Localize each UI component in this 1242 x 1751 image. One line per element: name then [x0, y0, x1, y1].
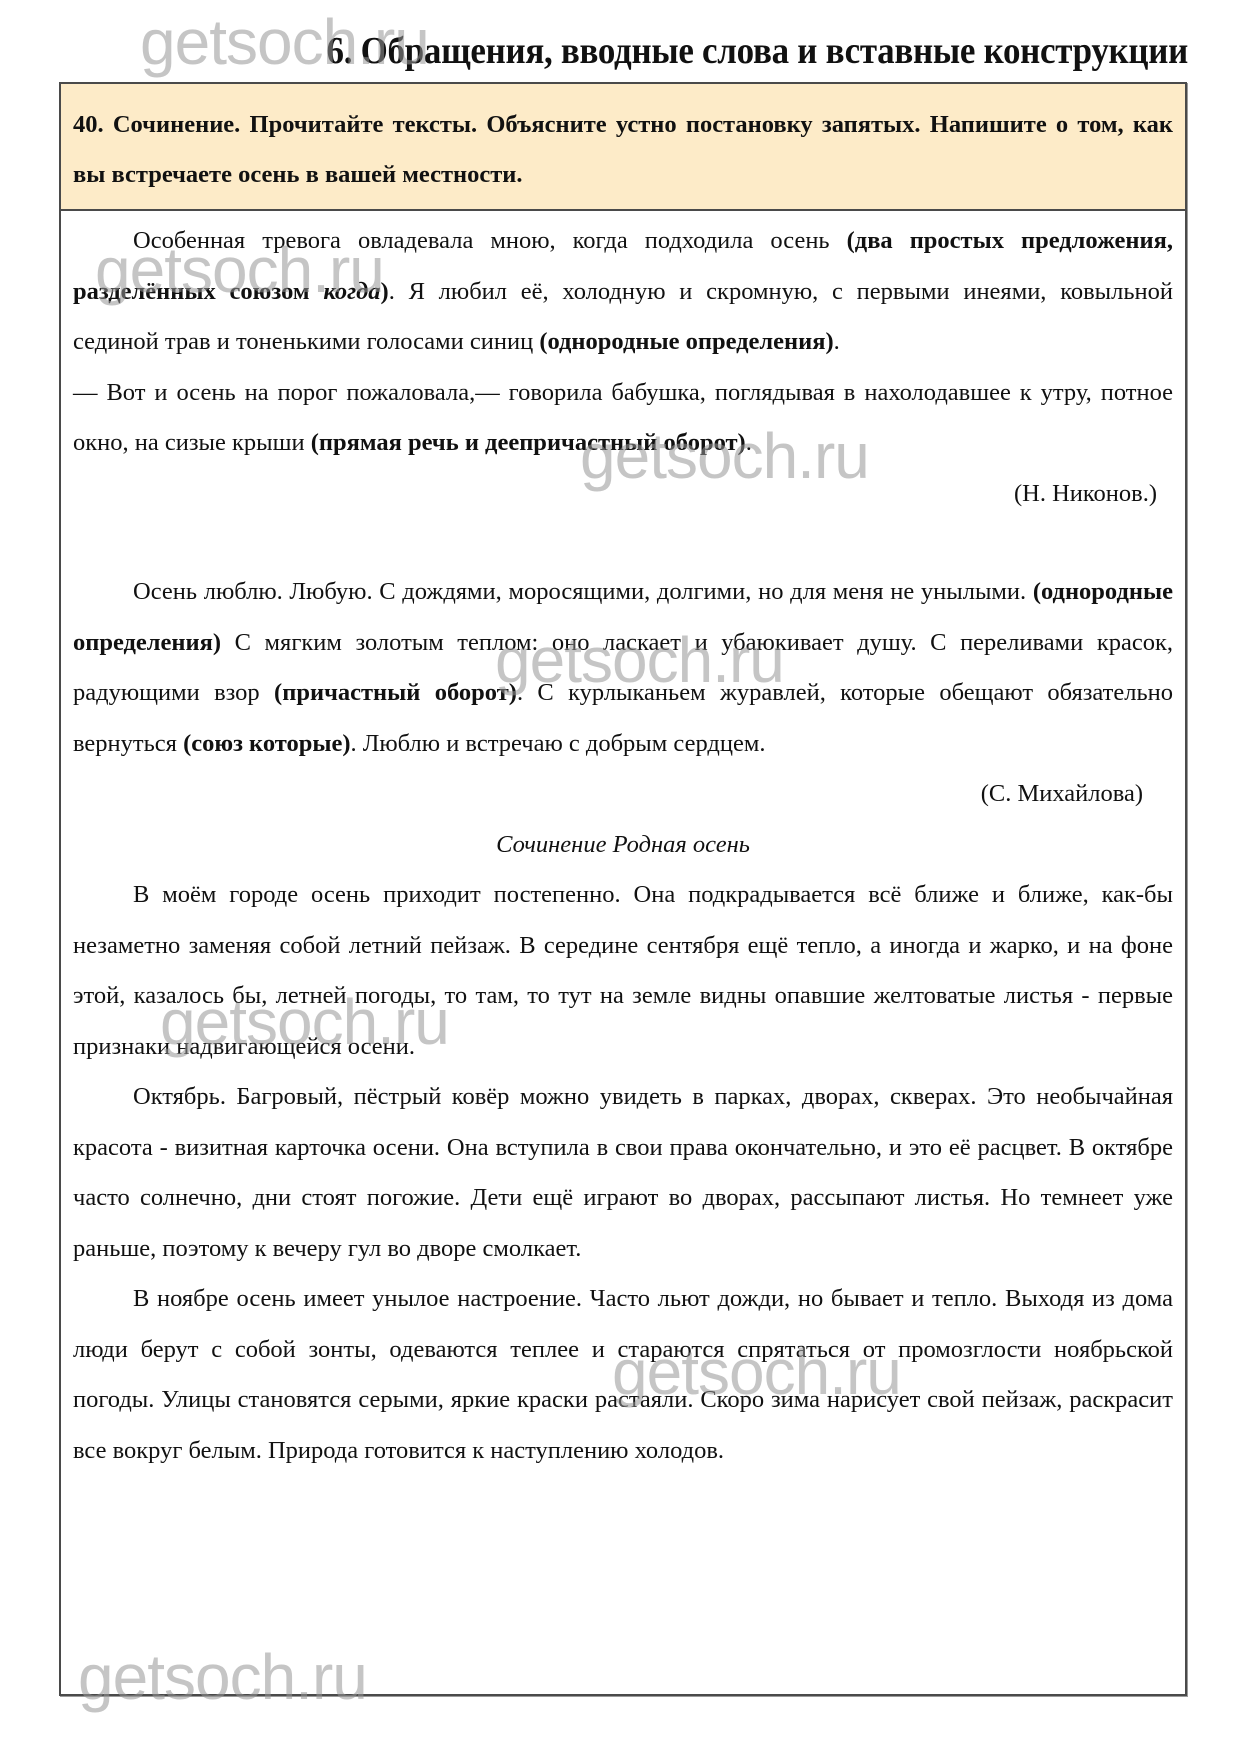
essay-title: Сочинение Родная осень	[73, 820, 1173, 871]
essay-paragraph: Октябрь. Багровый, пёстрый ковёр можно у…	[73, 1072, 1173, 1274]
essay-paragraph: В моём городе осень приходит постепенно.…	[73, 870, 1173, 1072]
annotation: (причастный оборот)	[274, 679, 517, 706]
annotation: (союз которые)	[183, 730, 350, 757]
text2-paragraph: Осень люблю. Любую. С дождями, моросящим…	[73, 567, 1173, 769]
task-number: 40.	[73, 111, 104, 138]
text1-paragraph-1: Особенная тревога овладевала мною, когда…	[73, 216, 1173, 368]
text1-author: (Н. Никонов.)	[73, 469, 1173, 520]
content: Особенная тревога овладевала мною, когда…	[61, 211, 1185, 1476]
text2-author: (С. Михайлова)	[73, 769, 1173, 820]
annotation-italic: когда	[323, 278, 380, 305]
text1-paragraph-2: — Вот и осень на порог пожаловала,— гово…	[73, 368, 1173, 469]
chapter-title: 6. Обращения, вводные слова и вставные к…	[95, 28, 1188, 74]
annotation: (однородные определения)	[539, 328, 833, 355]
task-box: 40. Сочинение. Прочитайте тексты. Объясн…	[61, 84, 1185, 211]
task-text: Сочинение. Прочитайте тексты. Объясните …	[73, 111, 1173, 188]
annotation: (прямая речь и деепричастный оборот)	[311, 429, 746, 456]
essay-paragraph: В ноябре осень имеет унылое настроение. …	[73, 1274, 1173, 1476]
exercise-frame: 40. Сочинение. Прочитайте тексты. Объясн…	[59, 82, 1187, 1696]
